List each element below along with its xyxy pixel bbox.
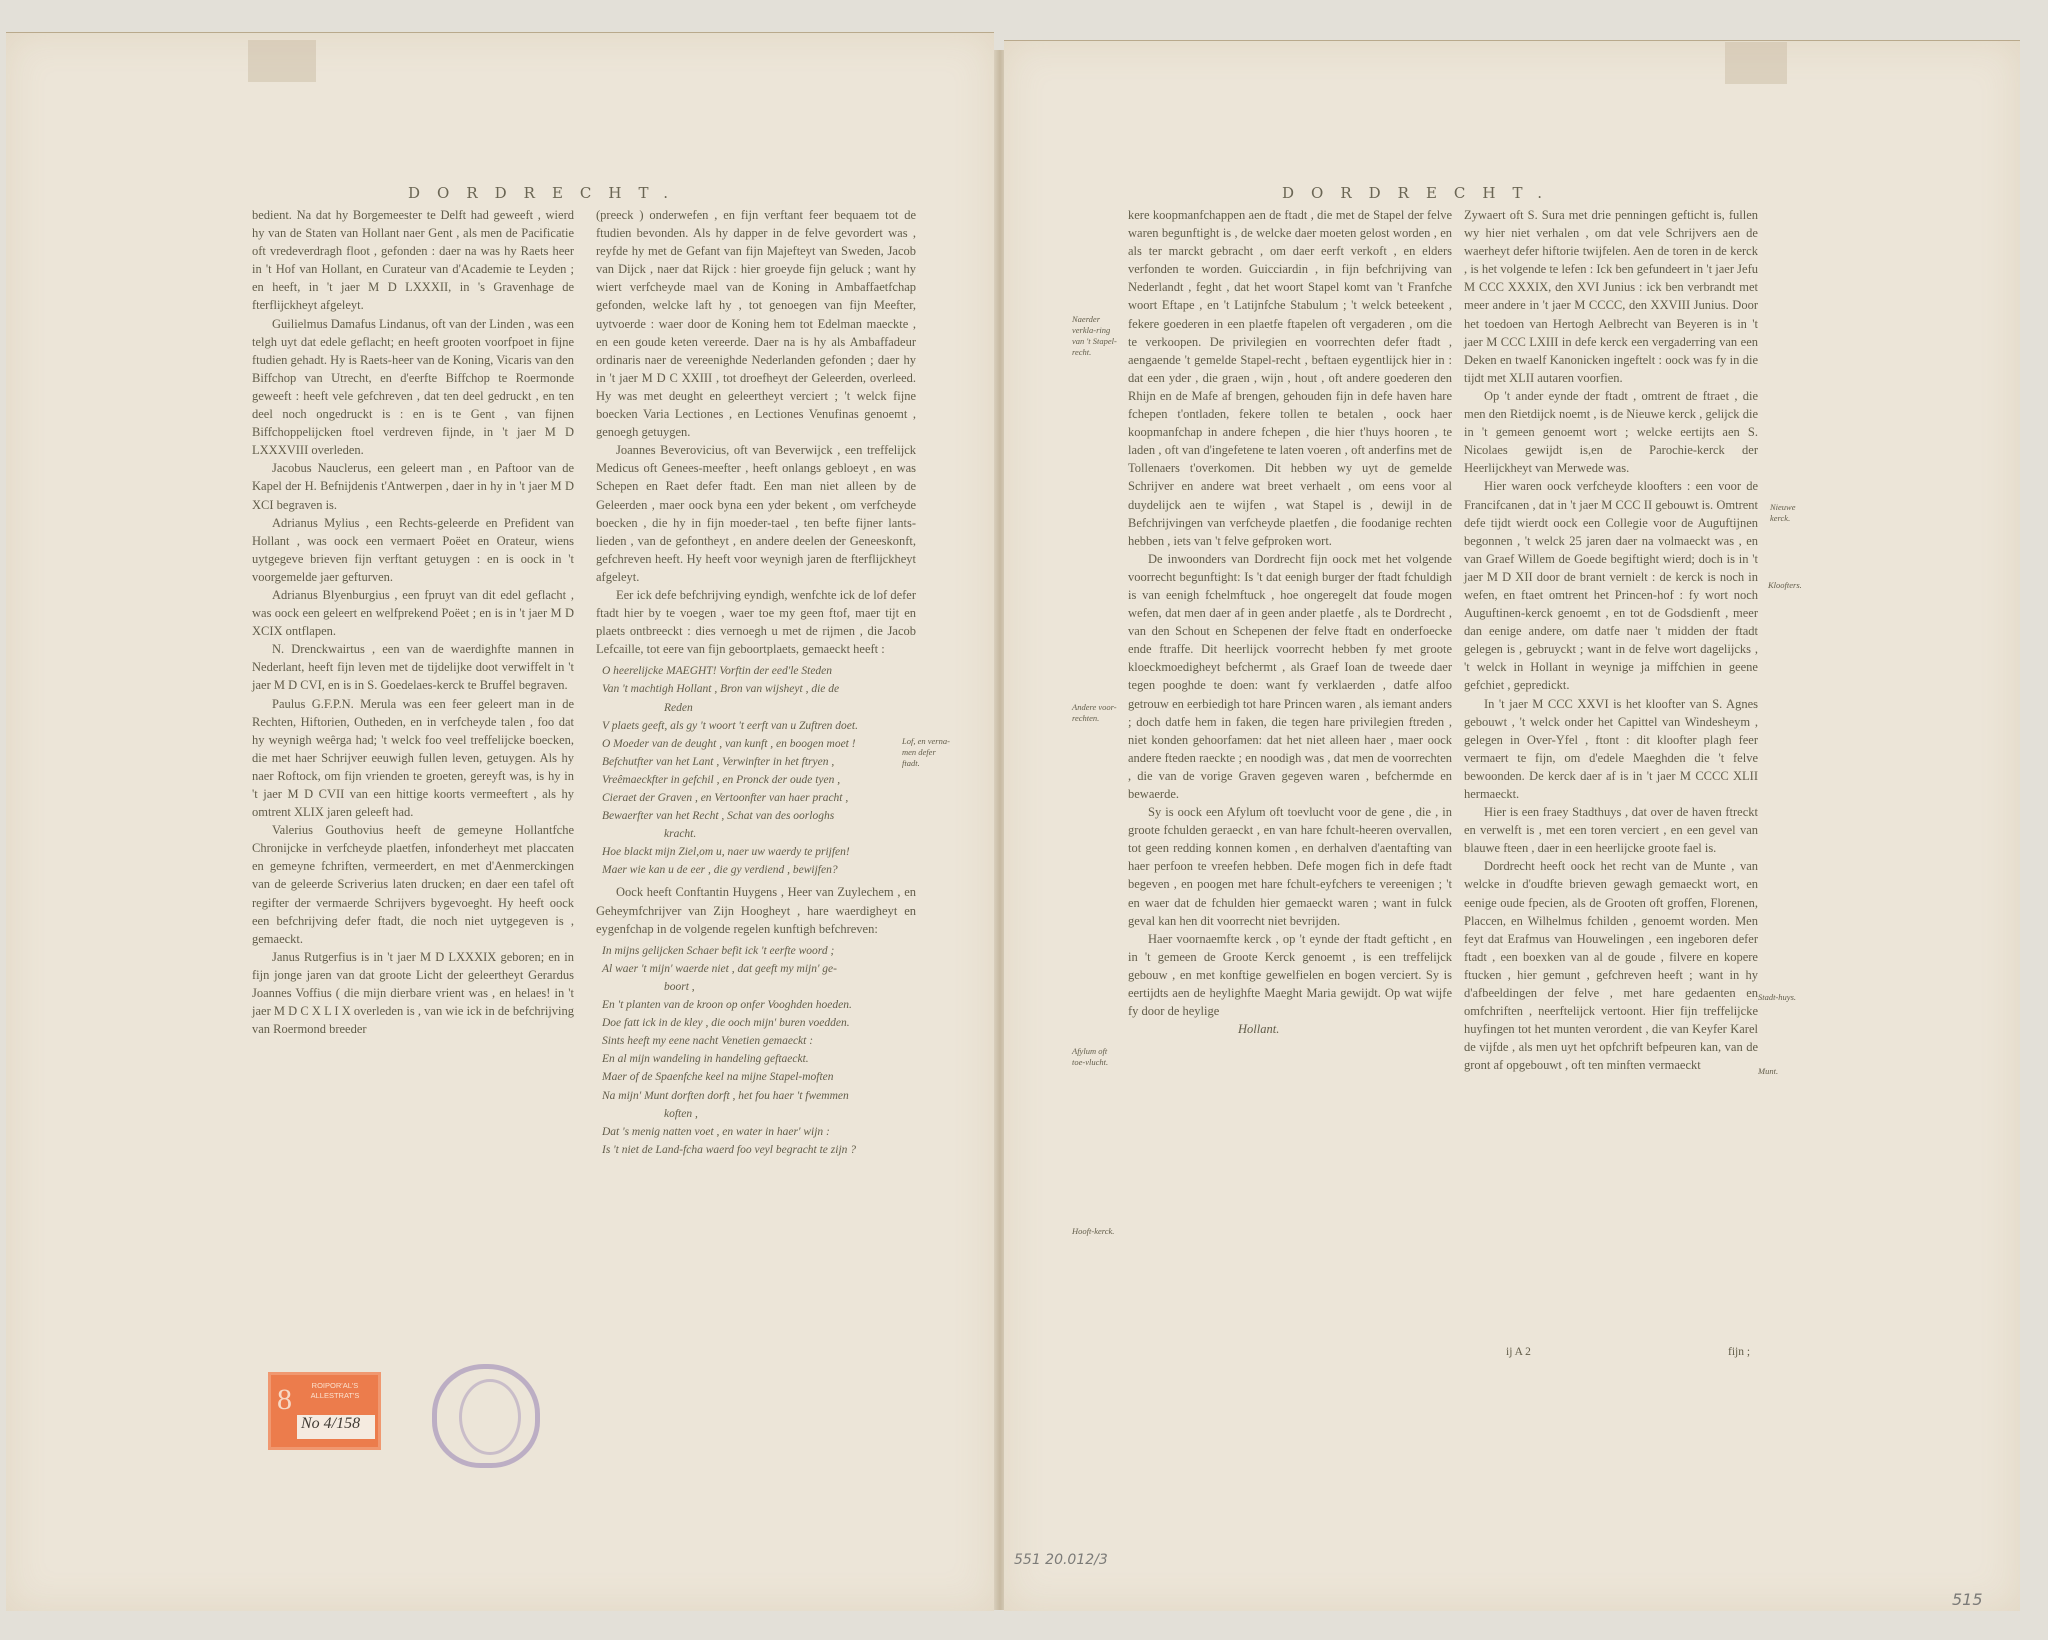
verse-line: koften , [602, 1105, 916, 1123]
verse-line: Maer of de Spaenfche keel na mijne Stape… [602, 1068, 916, 1086]
verse-line: En al mijn wandeling in handeling geftae… [602, 1050, 916, 1068]
paragraph: kere koopmanfchappen aen de ftadt , die … [1128, 206, 1452, 550]
poem-lescaille: O heerelijcke MAEGHT! Vorftin der eed'le… [596, 662, 916, 879]
verse-line: O heerelijcke MAEGHT! Vorftin der eed'le… [602, 662, 916, 680]
verse-line: V plaets geeft, als gy 't woort 't eerft… [602, 717, 916, 735]
paragraph: bedient. Na dat hy Borgemeester te Delft… [252, 206, 574, 315]
verse-line: Cieraet der Graven , en Vertoonfter van … [602, 789, 916, 807]
verse-line: Bewaerfter van het Recht , Schat van des… [602, 807, 916, 825]
left-page-column-2: (preeck ) onderwefen , en fijn verftant … [596, 206, 916, 1163]
paragraph: Adrianus Mylius , een Rechts-geleerde en… [252, 514, 574, 586]
tape-mark [1725, 42, 1787, 84]
paragraph: In 't jaer M CCC XXVI is het kloofter va… [1464, 695, 1758, 804]
margin-note: Hooft-kerck. [1072, 1226, 1120, 1237]
paragraph: Zywaert oft S. Sura met drie penningen g… [1464, 206, 1758, 387]
stamp-line: ALLESTRAT'S [297, 1391, 373, 1401]
purple-seal-stamp [432, 1364, 540, 1468]
margin-note: Afylum oft toe-vlucht. [1072, 1046, 1120, 1068]
verse-line: Na mijn' Munt dorften dorft , het fou ha… [602, 1087, 916, 1105]
margin-note: Naerder verkla-ring van 't Stapel-recht. [1072, 314, 1120, 358]
paragraph: Sy is oock een Afylum oft toevlucht voor… [1128, 803, 1452, 930]
verse-line: Dat 's menig natten voet , en water in h… [602, 1123, 916, 1141]
verse-line: Al waer 't mijn' waerde niet , dat geeft… [602, 960, 916, 978]
verse-line: kracht. [602, 825, 916, 843]
paragraph: Adrianus Blyenburgius , een fpruyt van d… [252, 586, 574, 640]
paragraph: Valerius Gouthovius heeft de gemeyne Hol… [252, 821, 574, 948]
library-stamp-label: 8 ROIPOR'AL'S ALLESTRAT'S No 4/158 [268, 1372, 381, 1450]
right-page-column-2: Zywaert oft S. Sura met drie penningen g… [1464, 206, 1758, 1075]
stamp-line: ROIPOR'AL'S [297, 1381, 373, 1391]
catchline: Hollant. [1128, 1020, 1452, 1038]
paragraph: Paulus G.F.P.N. Merula was een feer gele… [252, 695, 574, 822]
margin-note: Nieuwe kerck. [1770, 502, 1814, 524]
verse-line: Doe fatt ick in de kley , die ooch mijn'… [602, 1014, 916, 1032]
catchword: fijn ; [1728, 1346, 1750, 1358]
paragraph: (preeck ) onderwefen , en fijn verftant … [596, 206, 916, 441]
margin-note: Lof, en verna-men defer ftadt. [902, 736, 954, 769]
paragraph: De inwoonders van Dordrecht fijn oock me… [1128, 550, 1452, 803]
seal-oval-icon [459, 1379, 521, 1455]
verse-line: In mijns gelijcken Schaer befit ick 't e… [602, 942, 916, 960]
paragraph: Op 't ander eynde der ftadt , omtrent de… [1464, 387, 1758, 477]
verse-line: boort , [602, 978, 916, 996]
margin-note: Stadt-huys. [1758, 992, 1798, 1003]
paragraph: Guilielmus Damafus Lindanus, oft van der… [252, 315, 574, 460]
poem-huygens: In mijns gelijcken Schaer befit ick 't e… [596, 942, 916, 1159]
verse-line: Reden [602, 699, 916, 717]
stamp-digit: 8 [277, 1383, 292, 1417]
paragraph: Dordrecht heeft oock het recht van de Mu… [1464, 857, 1758, 1074]
stamp-label-text: ROIPOR'AL'S ALLESTRAT'S [297, 1381, 373, 1411]
paragraph: Oock heeft Conftantin Huygens , Heer van… [596, 883, 916, 937]
verse-line: Is 't niet de Land-fcha waerd foo veyl b… [602, 1141, 916, 1159]
verse-line: Sints heeft my eene nacht Venetien gemae… [602, 1032, 916, 1050]
page-signature: ij A 2 [1506, 1346, 1531, 1358]
paragraph: Hier waren oock verfcheyde kloofters : e… [1464, 477, 1758, 694]
paragraph: Haer voornaemfte kerck , op 't eynde der… [1128, 930, 1452, 1020]
margin-note: Andere voor-rechten. [1072, 702, 1120, 724]
paragraph: Jacobus Nauclerus, een geleert man , en … [252, 459, 574, 513]
margin-note: Kloofters. [1768, 580, 1812, 591]
verse-line: Vreêmaeckfter in gefchil , en Pronck der… [602, 771, 916, 789]
verse-line: Maer wie kan u de eer , die gy verdiend … [602, 861, 916, 879]
stamp-inventory-number: No 4/158 [297, 1415, 375, 1439]
verse-line: Van 't machtigh Hollant , Bron van wijsh… [602, 680, 916, 698]
left-page-header: DORDRECHT. [408, 184, 685, 202]
pencil-catalog-number: 551 20.012/3 [1014, 1552, 1108, 1568]
pencil-price: 515 [1952, 1590, 1983, 1609]
verse-line: En 't planten van de kroon op onfer Voog… [602, 996, 916, 1014]
paragraph: Hier is een fraey Stadthuys , dat over d… [1464, 803, 1758, 857]
paragraph: N. Drenckwairtus , een van de waerdighft… [252, 640, 574, 694]
paragraph: Eer ick defe befchrijving eyndigh, wenfc… [596, 586, 916, 658]
verse-line: Befchutfter van het Lant , Verwinfter in… [602, 753, 916, 771]
margin-note: Munt. [1758, 1066, 1798, 1077]
left-page-column-1: bedient. Na dat hy Borgemeester te Delft… [252, 206, 574, 1038]
right-page-header: DORDRECHT. [1282, 184, 1559, 202]
verse-line: O Moeder van de deught , van kunft , en … [602, 735, 916, 753]
paragraph: Janus Rutgerfius is in 't jaer M D LXXXI… [252, 948, 574, 1038]
verse-line: Hoe blackt mijn Ziel,om u, naer uw waerd… [602, 843, 916, 861]
paragraph: Joannes Beverovicius, oft van Beverwijck… [596, 441, 916, 586]
tape-mark [248, 40, 316, 82]
right-page-column-1: kere koopmanfchappen aen de ftadt , die … [1128, 206, 1452, 1038]
